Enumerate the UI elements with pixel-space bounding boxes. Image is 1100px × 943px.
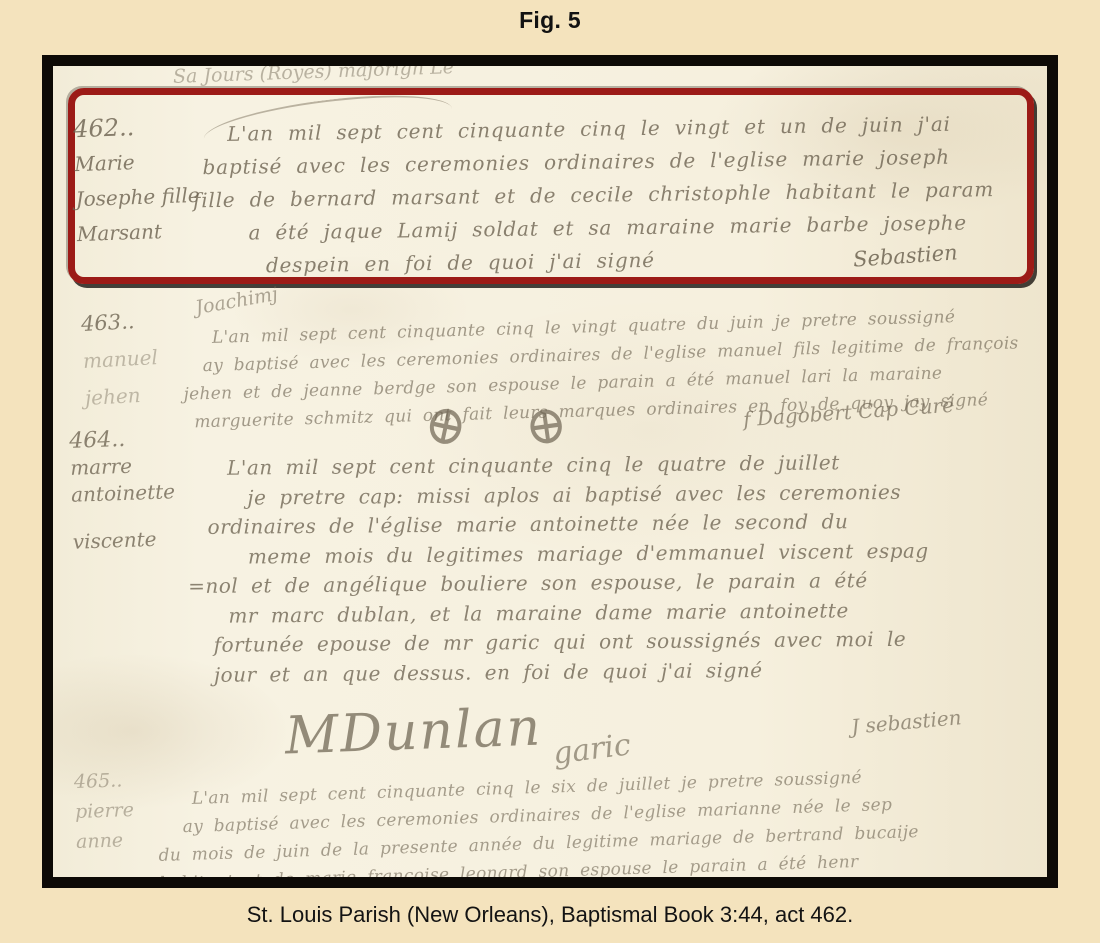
sebastien-signature: J sebastien	[850, 705, 962, 739]
manuscript-scan: Sa Jours (Royes) majorign Le 462.. Marie…	[53, 66, 1047, 877]
margin-note: manuel	[82, 339, 159, 380]
top-fragment-text: Sa Jours (Royes) majorign Le	[173, 66, 455, 88]
act-number: 464..	[69, 424, 174, 455]
act-465-margin: 465.. pierre anne	[73, 765, 135, 857]
margin-note: anne	[76, 825, 136, 857]
figure-page: { "figure_label": "Fig. 5", "caption": "…	[0, 0, 1100, 943]
figure-label: Fig. 5	[0, 7, 1100, 34]
circled-cross-mark-icon: ⊕	[419, 389, 473, 461]
act-number: 465..	[73, 765, 133, 797]
act-465-body: L'an mil sept cent cinquante cinq le six…	[156, 762, 920, 877]
act-number: 463..	[80, 302, 157, 343]
margin-note: jehen	[84, 376, 161, 417]
scan-frame: Sa Jours (Royes) majorign Le 462.. Marie…	[42, 55, 1058, 888]
witness-marks: ⊕ ⊕	[425, 396, 567, 454]
manuscript-line: jour et an que dessus. en foi de quoi j'…	[144, 654, 930, 690]
circled-cross-mark-icon: ⊕	[521, 391, 571, 459]
act-463-flourish: Joachimj	[194, 283, 280, 319]
figure-caption: St. Louis Parish (New Orleans), Baptisma…	[0, 902, 1100, 928]
dunlan-signature: MDunlan	[284, 698, 543, 767]
garic-signature: garic	[551, 727, 633, 771]
act-463-margin: 463.. manuel jehen	[80, 302, 161, 417]
margin-note: pierre	[74, 795, 134, 827]
act-464-body: L'an mil sept cent cinquante cinq le qua…	[142, 448, 930, 691]
